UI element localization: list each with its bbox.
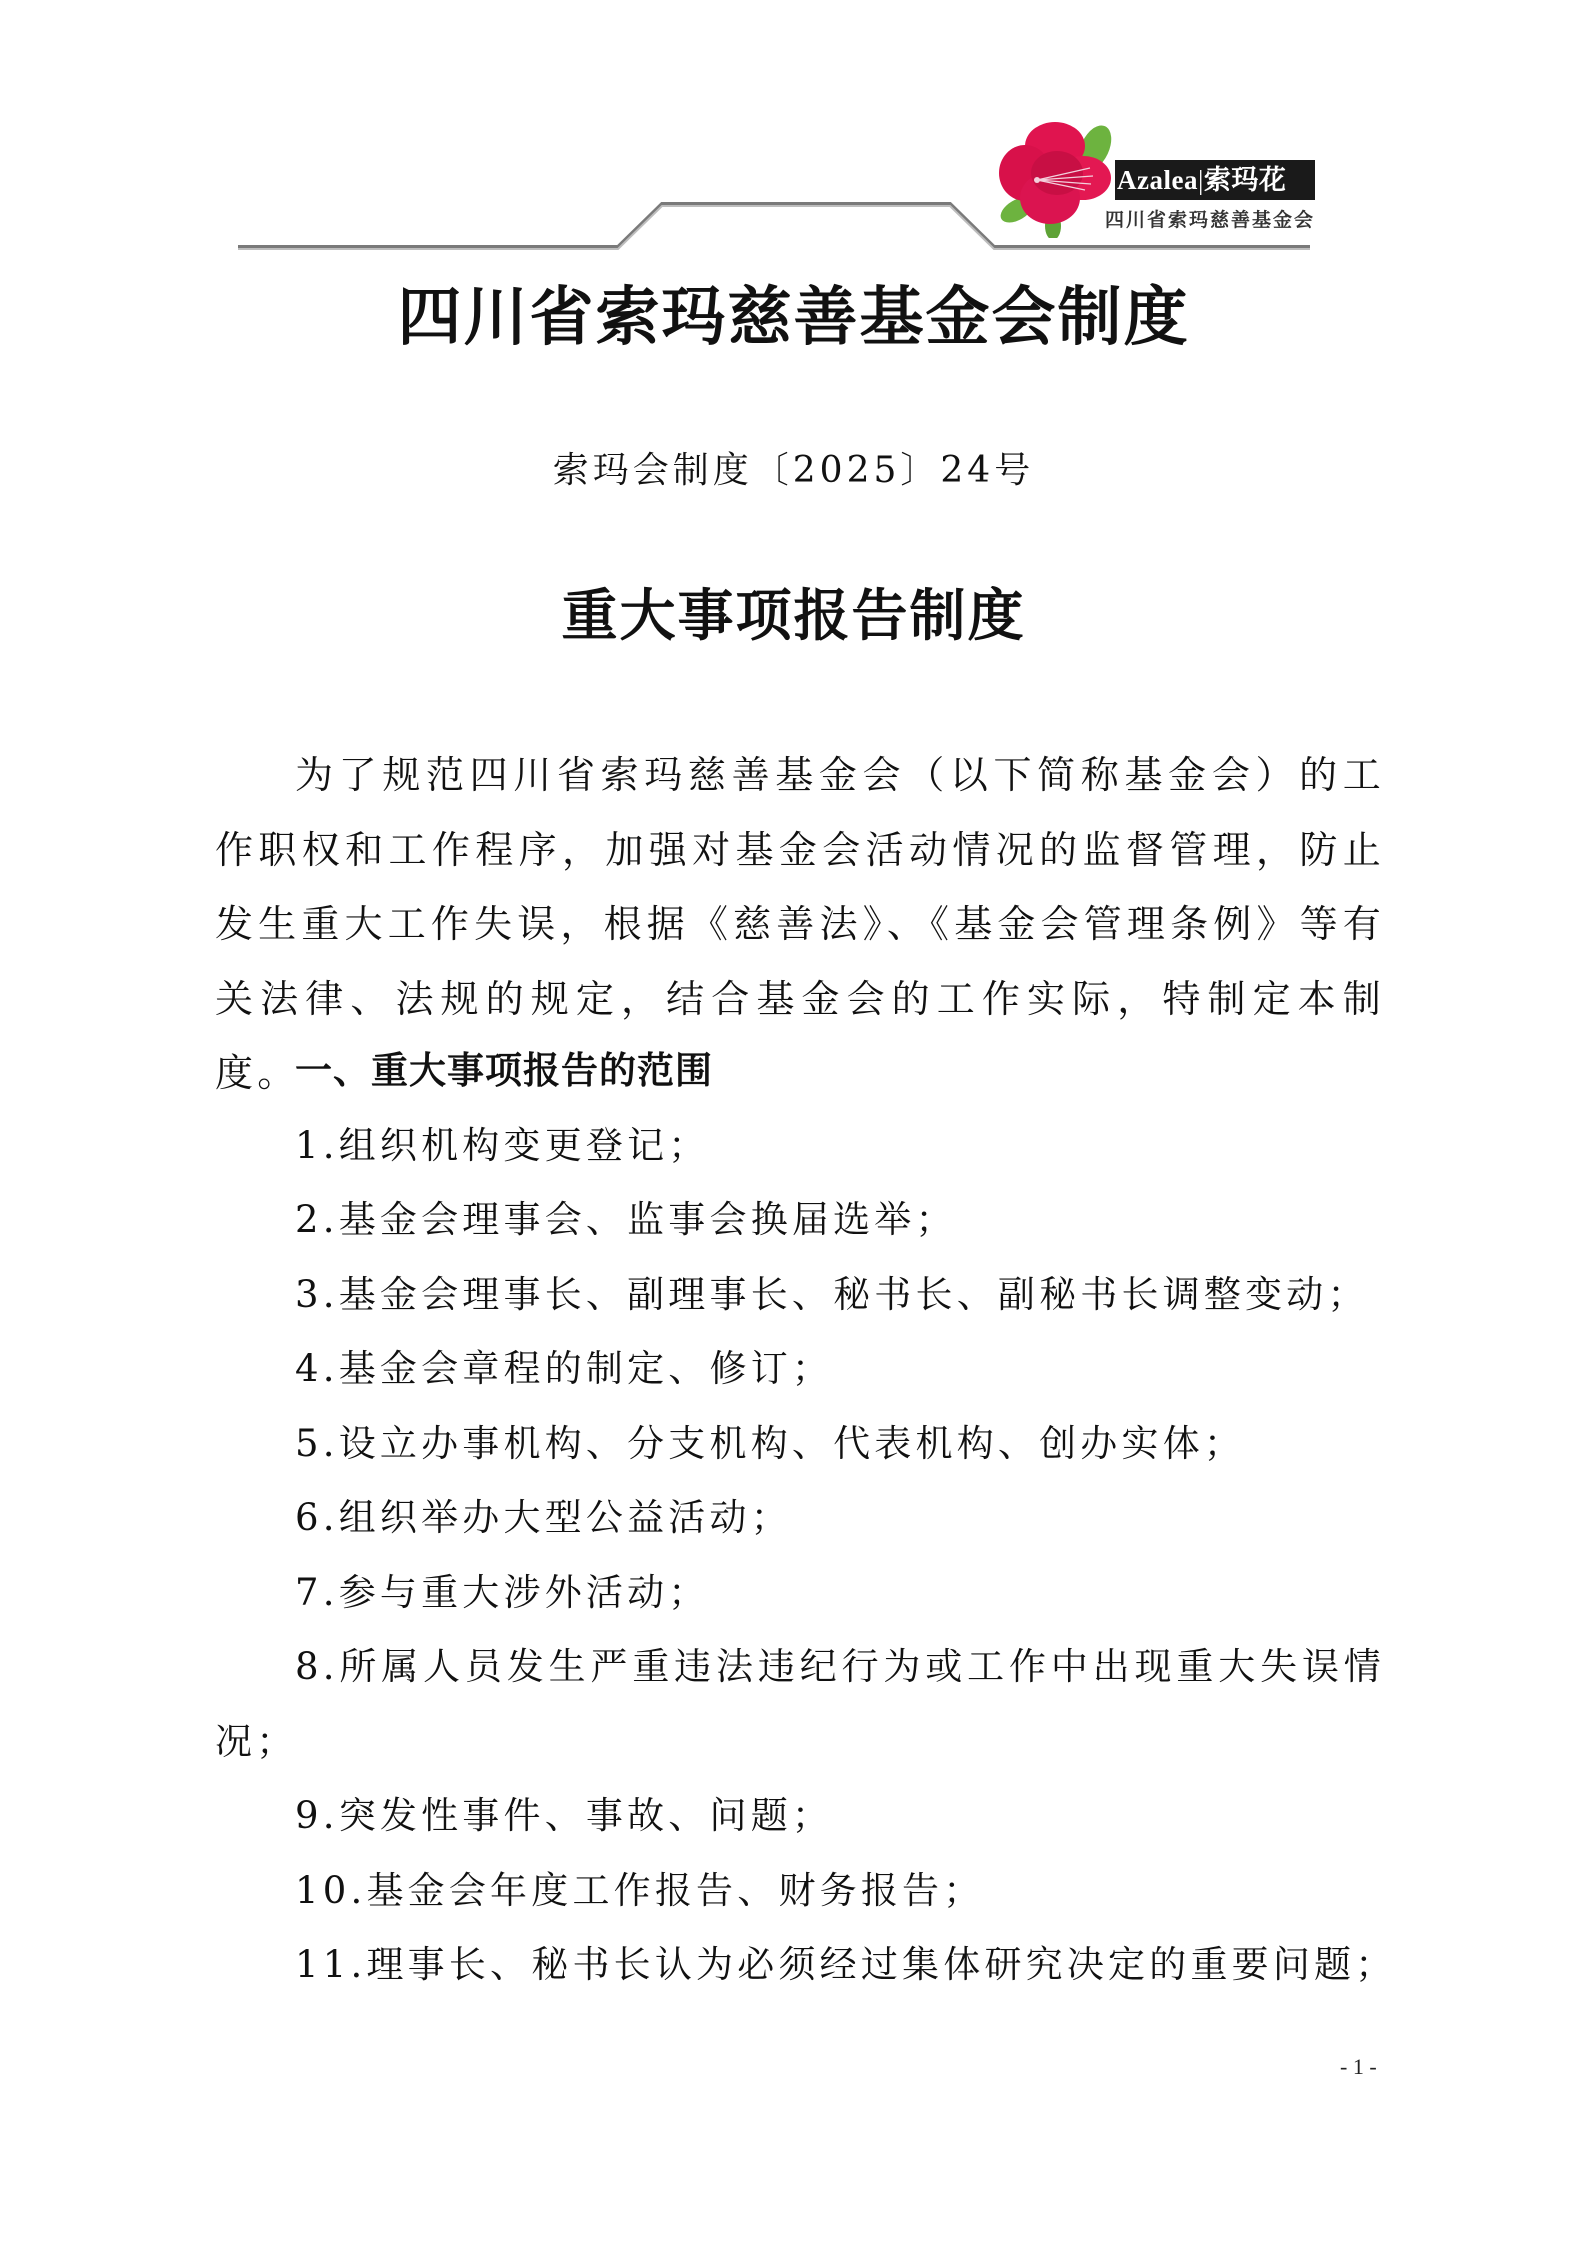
list-item: 7.参与重大涉外活动；	[295, 1556, 710, 1630]
list-item: 2.基金会理事会、监事会换届选举；	[295, 1183, 957, 1257]
list-item: 4.基金会章程的制定、修订；	[295, 1332, 833, 1406]
regulation-title: 重大事项报告制度	[0, 578, 1587, 654]
list-item: 1.组织机构变更登记；	[295, 1109, 710, 1183]
list-item: 6.组织举办大型公益活动；	[295, 1481, 792, 1555]
document-title: 四川省索玛慈善基金会制度	[0, 278, 1587, 358]
list-item: 8.所属人员发生严重违法违纪行为或工作中出现重大失误情况；	[215, 1630, 1385, 1779]
list-item: 3.基金会理事长、副理事长、秘书长、副秘书长调整变动；	[295, 1258, 1369, 1332]
document-number: 索玛会制度〔2025〕24号	[0, 446, 1587, 496]
logo-org-name: 四川省索玛慈善基金会	[1105, 205, 1315, 232]
foundation-logo: Azalea|索玛花 四川省索玛慈善基金会	[995, 118, 1330, 238]
list-item: 10.基金会年度工作报告、财务报告；	[295, 1854, 984, 1928]
list-item: 9.突发性事件、事故、问题；	[295, 1779, 833, 1853]
logo-english-name: Azalea	[1117, 165, 1198, 195]
page-number: - 1 -	[1340, 2052, 1377, 2082]
list-item: 5.设立办事机构、分支机构、代表机构、创办实体；	[295, 1407, 1245, 1481]
logo-brand-name: Azalea|索玛花	[1117, 162, 1286, 198]
section-heading-scope: 一、重大事项报告的范围	[295, 1034, 713, 1108]
document-page: Azalea|索玛花 四川省索玛慈善基金会 四川省索玛慈善基金会制度 索玛会制度…	[0, 0, 1587, 2245]
logo-chinese-name: 索玛花	[1204, 165, 1287, 195]
list-item: 11.理事长、秘书长认为必须经过集体研究决定的重要问题；	[295, 1928, 1396, 2002]
azalea-flower-icon	[995, 118, 1115, 238]
header-banner-line	[0, 0, 1587, 260]
